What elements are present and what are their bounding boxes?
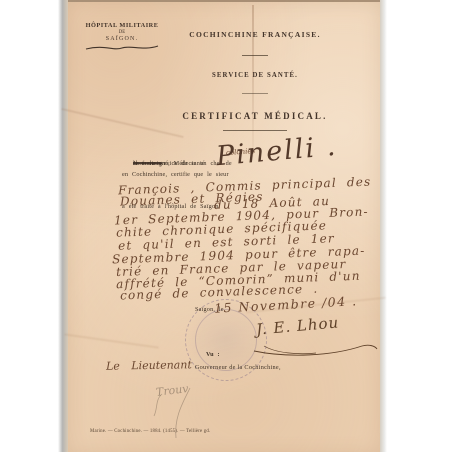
scanned-document: HÔPITAL MILITAIRE DE SAÏGON. COCHINCHINE… (0, 0, 452, 452)
divider-rule (223, 130, 287, 131)
scan-shadow-left (58, 0, 68, 452)
approver-line: Le Lieutenant Gouverneur de la Cochinchi… (106, 359, 281, 372)
approver-handwritten: Le Lieutenant (106, 358, 192, 372)
printed-line: en Cochinchine, certifie que le sieur (122, 171, 229, 178)
approver-printed: Gouverneur de la Cochinchine, (195, 364, 281, 371)
printer-imprint: Marine. — Cochinchine. — 1884. (1455). —… (90, 429, 210, 434)
header-service: SERVICE DE SANTÉ. (105, 72, 405, 79)
document-header: COCHINCHINE FRANÇAISE. SERVICE DE SANTÉ.… (105, 2, 405, 152)
doctor-signature: J. E. Lhou (255, 313, 339, 338)
document-paper: HÔPITAL MILITAIRE DE SAÏGON. COCHINCHINE… (68, 0, 380, 452)
divider-rule (242, 93, 268, 94)
divider-rule (242, 55, 268, 56)
paper-crease (64, 333, 158, 348)
printed-text: chef du service de santé (133, 160, 205, 167)
printed-line: a été traité à l'hôpital de Saïgon. (122, 203, 220, 210)
vu-label: Vu : (206, 351, 220, 358)
page-title: CERTIFICAT MÉDICAL. (105, 111, 405, 121)
signature-flourish-icon (250, 340, 380, 358)
header-country: COCHINCHINE FRANÇAISE. (105, 30, 405, 39)
